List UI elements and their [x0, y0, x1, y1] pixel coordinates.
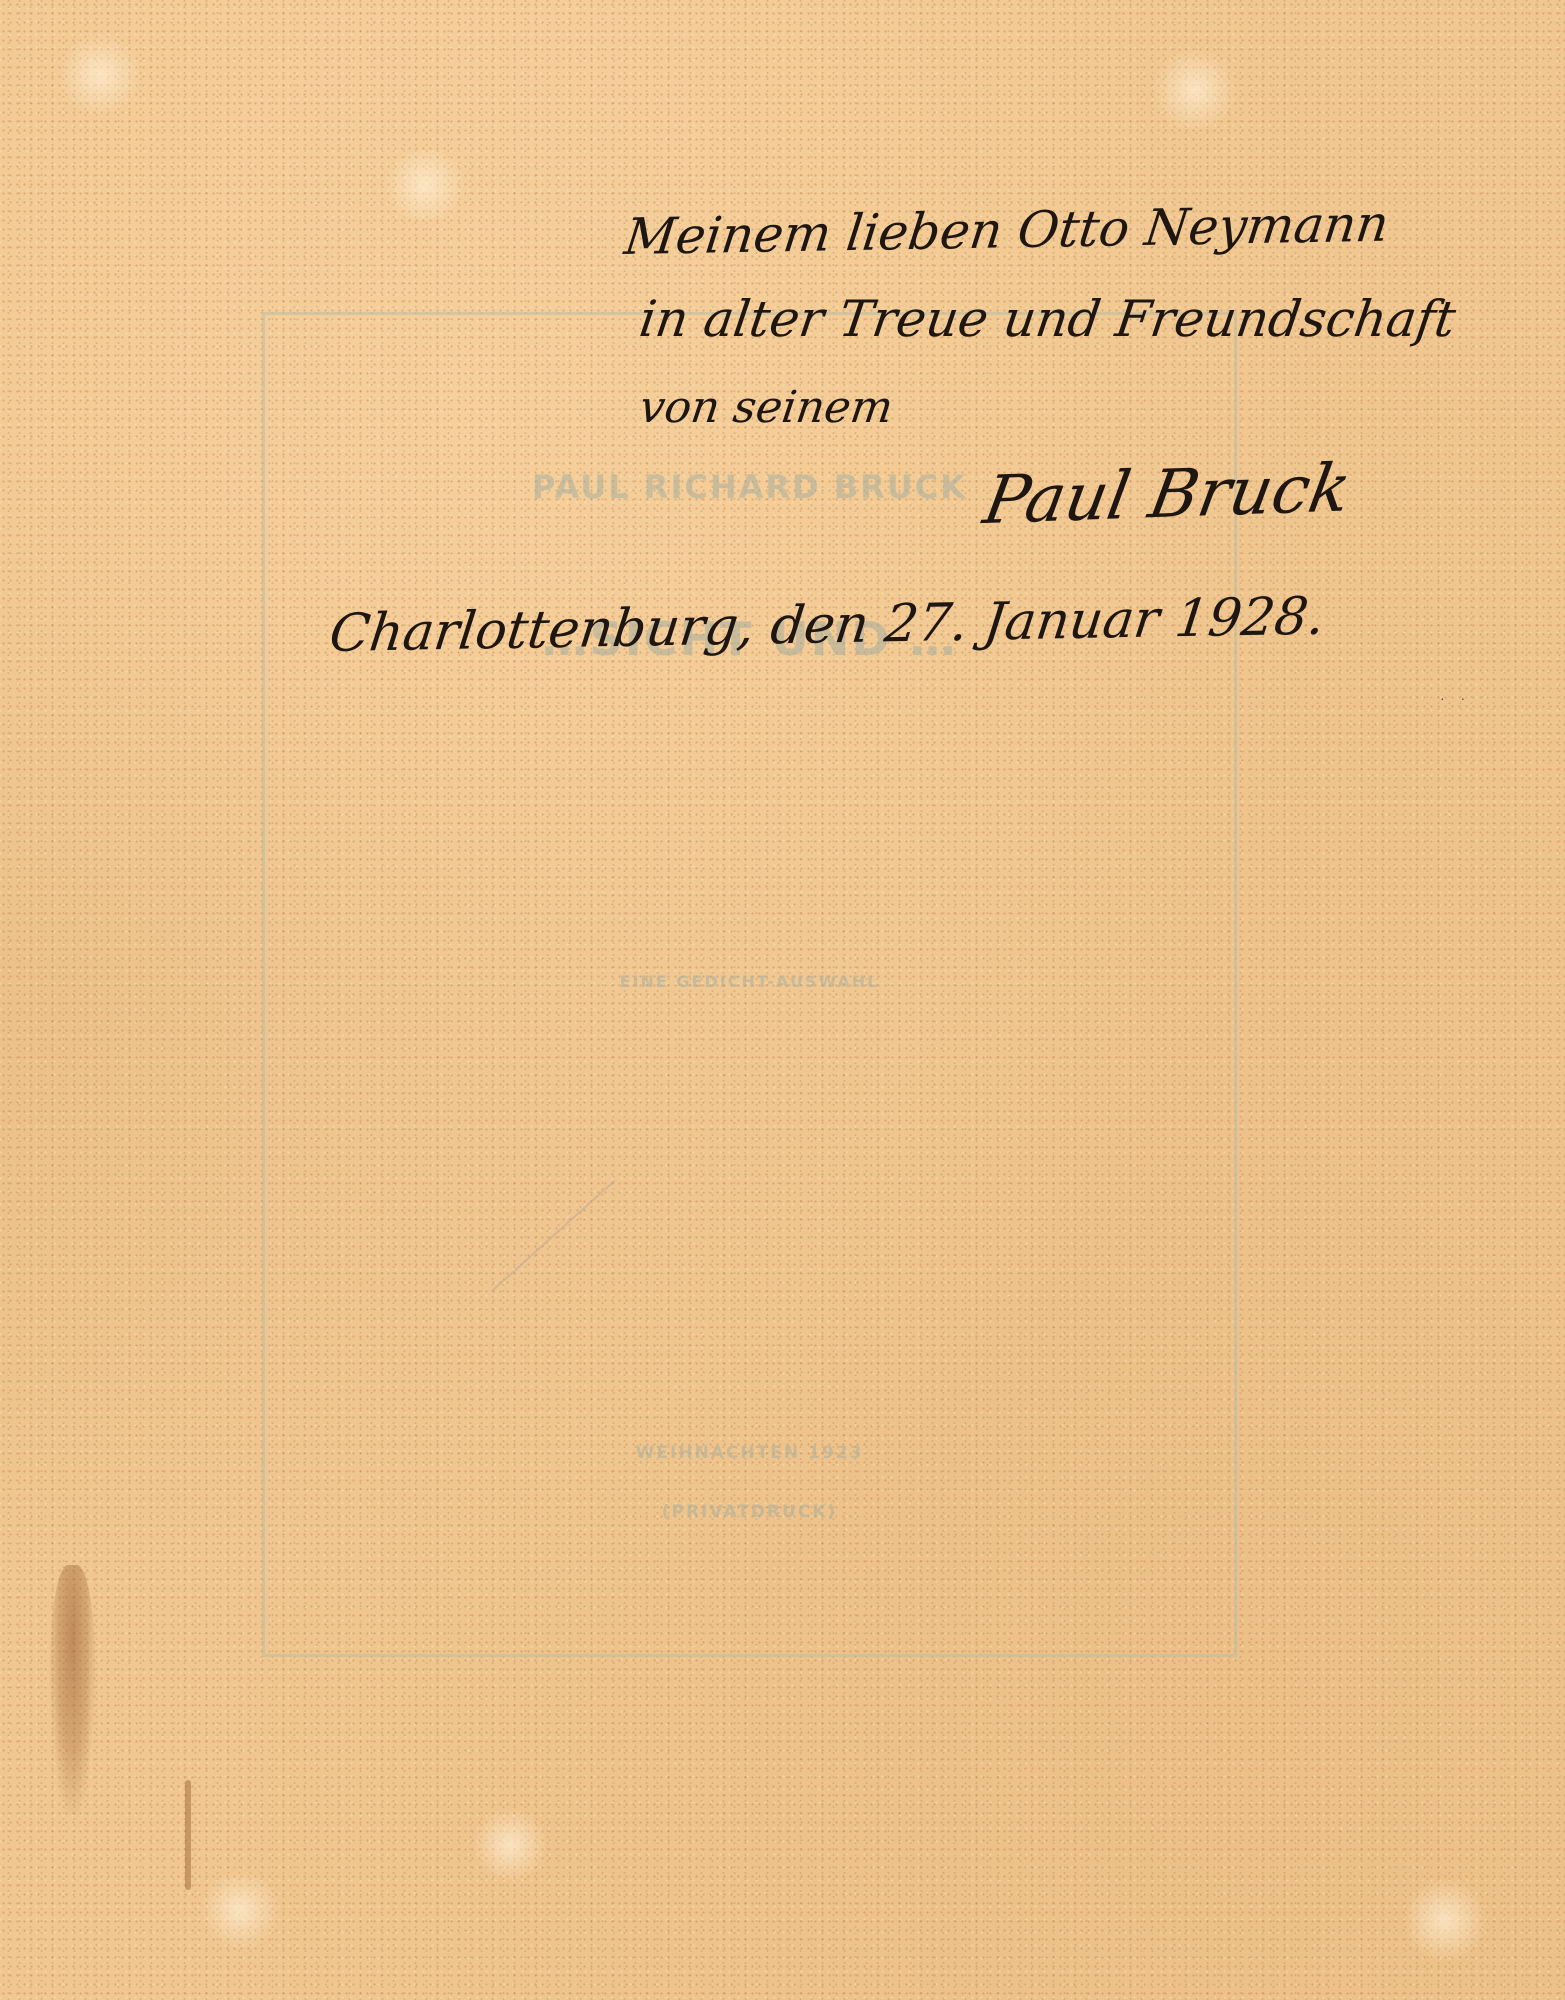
dedication-line-2: in alter Treue und Freundschaft [636, 290, 1459, 348]
dedication-line-3: von seinem [636, 382, 896, 433]
printed-imprint-note: (PRIVATDRUCK) [262, 1502, 1237, 1522]
paper-light-spot [60, 30, 140, 120]
printed-subtitle: EINE GEDICHT-AUSWAHL [262, 972, 1237, 991]
signature: Paul Bruck [978, 449, 1356, 539]
printed-imprint-date: WEIHNACHTEN 1923 [262, 1443, 1237, 1463]
paper-light-spot [470, 1810, 550, 1880]
water-stain [50, 1565, 95, 1815]
dedication-line-1: Meinem lieben Otto Neymann [621, 195, 1392, 266]
book-cover-page: PAUL RICHARD BRUCK …SICHT UND … EINE GED… [0, 0, 1565, 2000]
paper-light-spot [1150, 50, 1240, 130]
paper-light-spot [200, 1870, 280, 1950]
paper-light-spot [1400, 1880, 1490, 1960]
ink-dots: · · [1440, 690, 1471, 706]
stain-streak [185, 1780, 191, 1890]
paper-light-spot [380, 150, 470, 220]
